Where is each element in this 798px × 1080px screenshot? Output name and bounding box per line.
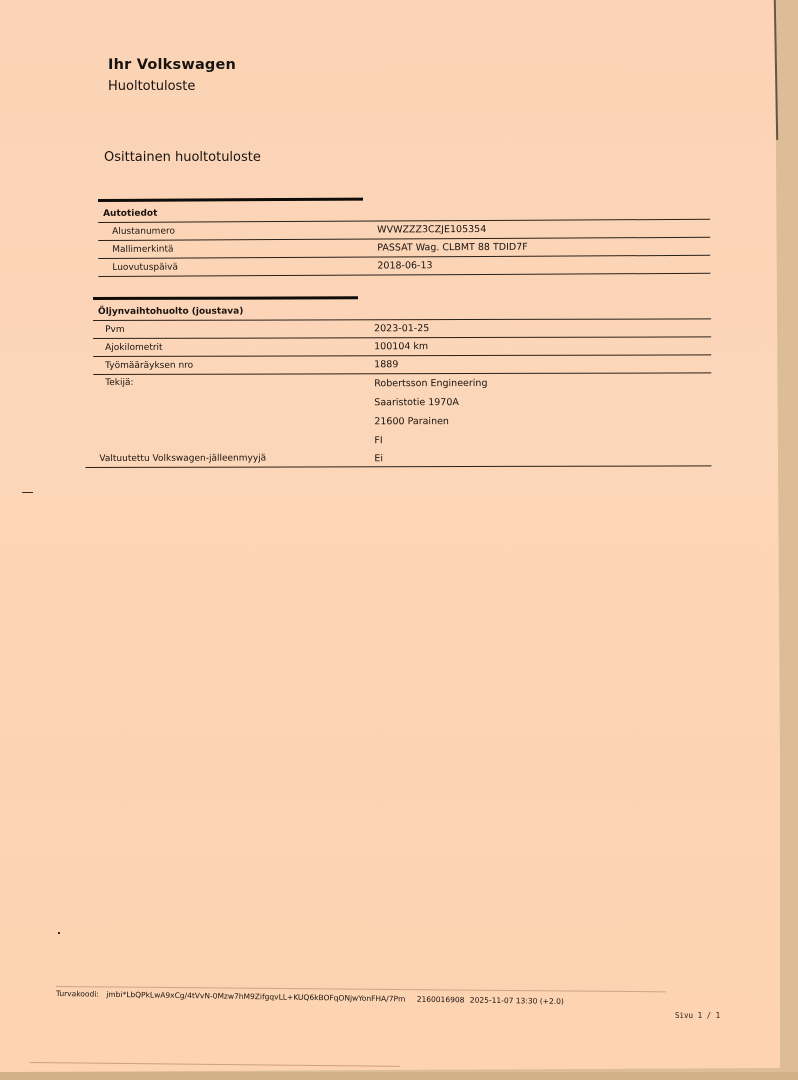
table-row: Työmääräyksen nro 1889 [93, 355, 711, 375]
document-number: 2160016908 [417, 995, 465, 1005]
row-label: Alustanumero [98, 225, 374, 236]
page-total: 1 [716, 1011, 721, 1020]
section-heading: Öljynvaihtohuolto (joustava) [93, 304, 711, 321]
row-label: Valtuutettu Volkswagen-jälleenmyyjä [85, 453, 371, 464]
row-label: Mallimerkintä [98, 243, 374, 254]
page-separator: / [707, 1011, 712, 1020]
row-value: PASSAT Wag. CLBMT 88 TDID7F [374, 241, 710, 254]
vehicle-info-section: Autotiedot Alustanumero WVWZZZ3CZJE10535… [98, 196, 710, 277]
row-label: Työmääräyksen nro [93, 360, 371, 371]
brand-title: Ihr Volkswagen [108, 57, 236, 73]
service-info-section: Öljynvaihtohuolto (joustava) Pvm 2023-01… [93, 295, 711, 468]
row-value: 2023-01-25 [371, 322, 711, 334]
page-number: Sivu 1 / 1 [675, 1011, 720, 1020]
security-code-label: Turvakoodi: [56, 989, 99, 999]
print-timestamp: 2025-11-07 13:30 (+2.0) [470, 996, 564, 1006]
speck [58, 932, 60, 934]
maker-postal-city: 21600 Parainen [374, 411, 711, 431]
service-maker: Tekijä: Robertsson Engineering Saaristot… [93, 373, 711, 451]
row-value: Ei [371, 453, 383, 464]
row-value: 1889 [371, 358, 711, 370]
maker-street: Saaristotie 1970A [374, 392, 711, 412]
row-label: Ajokilometrit [93, 342, 371, 353]
maker-country: FI [374, 430, 711, 450]
row-value: 2018-06-13 [374, 259, 710, 272]
maker-name: Robertsson Engineering [374, 373, 711, 393]
table-row: Luovutuspäivä 2018-06-13 [98, 256, 710, 277]
fold-mark [22, 492, 33, 493]
page-label: Sivu [675, 1011, 693, 1020]
page-current: 1 [698, 1011, 703, 1020]
table-row: Ajokilometrit 100104 km [93, 337, 711, 357]
row-label: Pvm [93, 324, 371, 335]
section-divider [98, 198, 363, 202]
document-subtitle: Huoltotuloste [108, 79, 195, 94]
maker-label: Tekijä: [93, 374, 371, 451]
document-title: Osittainen huoltotuloste [104, 150, 261, 165]
section-divider [93, 296, 358, 300]
maker-address: Robertsson Engineering Saaristotie 1970A… [371, 373, 711, 450]
authorized-dealer-row: Valtuutettu Volkswagen-jälleenmyyjä Ei [85, 449, 711, 468]
table-row: Pvm 2023-01-25 [93, 319, 711, 339]
row-label: Luovutuspäivä [98, 261, 374, 272]
row-value: 100104 km [371, 340, 711, 352]
row-value: WVWZZZ3CZJE105354 [374, 223, 710, 236]
page-bottom-shadow [0, 1072, 798, 1080]
